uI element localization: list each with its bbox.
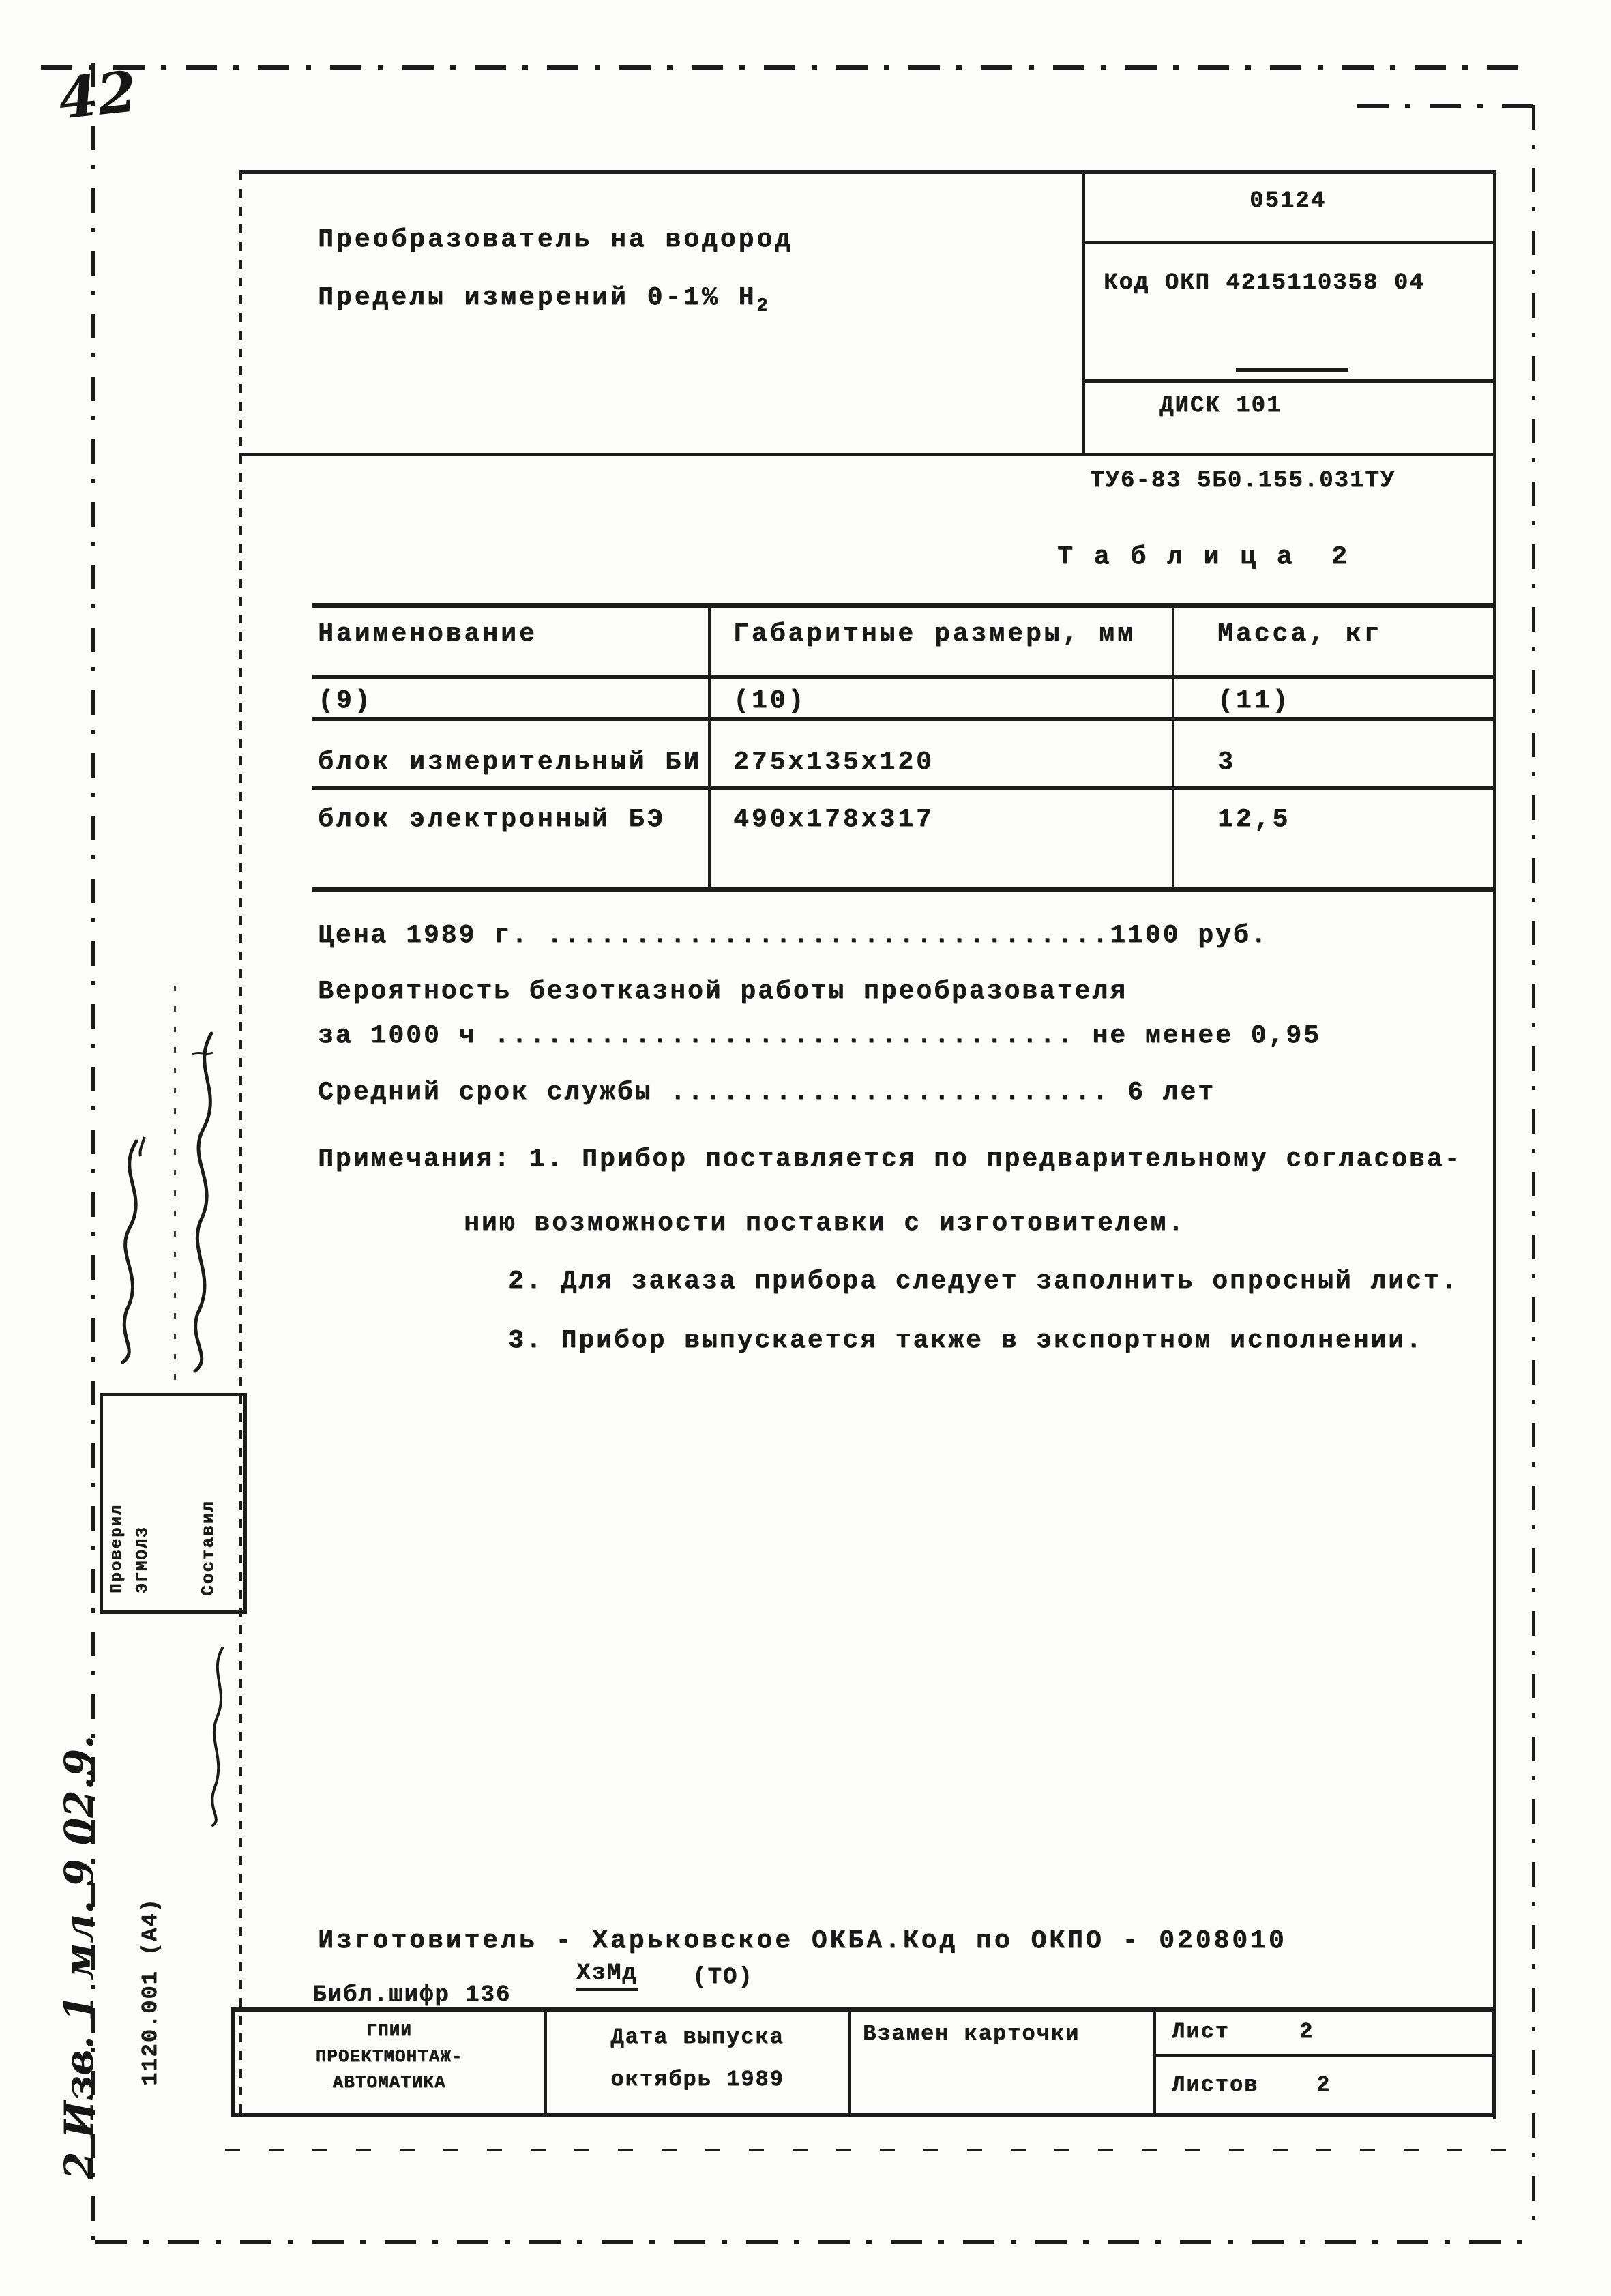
signature-icon [199,1643,240,1827]
okp-short-underline [1236,368,1348,372]
column-number-1: (9) [318,686,372,716]
column-header-name: Наименование [318,619,537,649]
release-date-value: октябрь 1989 [547,2067,848,2092]
footer-divider-2 [848,2007,851,2117]
margin-dotted-line [174,986,176,1392]
page-border-top-right-segment [1357,104,1533,108]
table-header-bottom-line [312,675,1495,679]
footer-table-right-line [1492,2007,1496,2117]
footer-sheet-divider-line [1153,2054,1496,2057]
note-line-3: 2. Для заказа прибора следует заполнить … [508,1267,1458,1296]
sheets-value: 2 [1316,2072,1331,2098]
column-number-2: (10) [733,686,806,716]
okp-cell-bottom-line [1082,379,1496,383]
table-row-1-name: блок измерительный БИ [318,748,702,777]
signature-icon [109,1136,157,1368]
column-header-dimensions: Габаритные размеры, мм [733,619,1136,649]
table-bottom-line [312,887,1495,892]
frame-left-dotted-line [239,171,242,2119]
note-line-2: нию возможности поставки с изготовителем… [464,1209,1185,1238]
org-name-line-1: ГПИИ [235,2020,544,2041]
okp-code-line: Код ОКП 4215110358 04 [1104,270,1424,296]
column-number-3: (11) [1217,686,1290,716]
sheets-label: Листов [1172,2072,1258,2098]
org-name-line-2: ПРОЕКТМОНТАЖ- [235,2046,544,2067]
page-border-top [41,65,1535,70]
release-date-label: Дата выпуска [547,2025,848,2050]
doc-title-line-2-text: Пределы измерений 0-1% Н [318,283,756,312]
note-line-1: Примечания: 1. Прибор поставляется по пр… [318,1145,1462,1174]
footer-table-bottom-line [231,2113,1496,2117]
stamp-code: ХзМд [576,1960,638,1991]
margin-note-handwritten: 2 Изв. 1 мл. 9 02.9. [56,1735,102,2179]
table-numbers-bottom-line [312,717,1495,721]
service-life-line: Средний срок службы ....................… [318,1078,1215,1107]
bib-cipher: Библ.шифр 136 [312,1982,511,2008]
reliability-line-2: за 1000 ч ..............................… [318,1021,1321,1050]
org-name-line-3: АВТОМАТИКА [235,2072,544,2093]
manufacturer-line: Изготовитель - Харьковское ОКБА.Код по О… [318,1926,1287,1956]
card-number-underline-rule [1082,241,1496,244]
footer-divider-3 [1153,2007,1156,2117]
frame-top-line [239,170,1496,174]
signature-icon [179,1027,233,1374]
scanned-document-page: 42 Преобразователь на водород Пределы из… [0,0,1611,2296]
footer-table-top-line [231,2007,1496,2012]
stamp-line-checked-by: Проверил [108,1504,126,1593]
footer-divider-1 [544,2007,547,2117]
table-column-divider-1 [708,603,711,892]
page-border-bottom [95,2240,1536,2244]
tu-number: ТУ6-83 5Б0.155.031ТУ [1090,468,1395,494]
reliability-line-1: Вероятность безотказной работы преобразо… [318,977,1127,1006]
stamp-line-compiled-by: Составил [198,1500,218,1596]
doc-title-line-2: Пределы измерений 0-1% Н2 [318,283,771,317]
table-row-2-name: блок электронный БЭ [318,805,665,834]
device-name: ДИСК 101 [1159,393,1282,419]
table-row-divider-line [312,786,1495,790]
column-header-mass: Масса, кг [1217,619,1382,649]
doc-title-subscript: 2 [756,296,770,317]
stamp-code-suffix: (ТО) [692,1964,754,1990]
sheet-value: 2 [1299,2019,1314,2044]
doc-title-line-1: Преобразователь на водород [318,225,793,254]
page-border-right [1532,105,1535,2232]
table-top-line [312,603,1495,608]
table-row-1-mass: 3 [1217,748,1236,777]
table-column-divider-2 [1172,603,1174,892]
header-bottom-line [239,453,1496,456]
replaces-label: Взамен карточки [863,2021,1080,2046]
page-number-handwritten: 42 [55,59,140,132]
note-line-4: 3. Прибор выпускается также в экспортном… [508,1326,1423,1355]
frame-right-line [1493,171,1496,2119]
table-caption: Т а б л и ц а 2 [1057,542,1350,572]
stamp-line-org-code: ЭГМОЛЗ [134,1527,152,1593]
table-row-1-dimensions: 275х135х120 [733,748,934,777]
sheet-label: Лист [1172,2019,1230,2044]
table-row-2-dimensions: 490х178х317 [733,805,934,834]
margin-doc-format-code: 1120.001 (А4) [138,1898,163,2086]
card-number: 05124 [1082,188,1494,214]
table-row-2-mass: 12,5 [1217,805,1290,834]
sub-footer-dashed-line [225,2149,1524,2151]
price-line: Цена 1989 г. ...........................… [318,921,1268,950]
